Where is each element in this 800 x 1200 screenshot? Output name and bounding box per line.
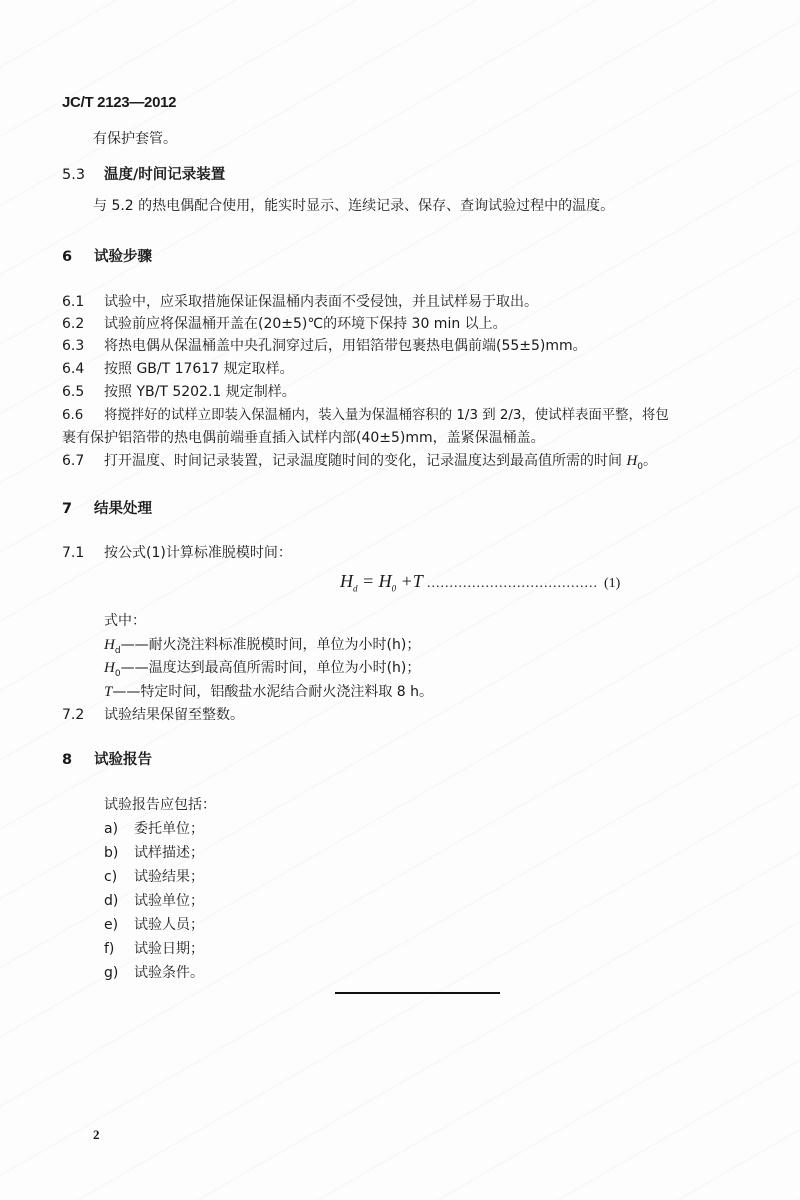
standard-code: JC/T 2123—2012 — [62, 94, 176, 111]
clause-number: 6.7 — [62, 453, 104, 469]
section-title: 试验步骤 — [94, 249, 152, 265]
item-text: 试验人员； — [134, 917, 204, 933]
clause-7-2: 7.2试验结果保留至整数。 — [62, 704, 244, 724]
report-item-e: e)试验人员； — [104, 914, 204, 934]
section-number: 5.3 — [62, 167, 104, 183]
section-5-3-heading: 5.3温度/时间记录装置 — [62, 163, 225, 184]
formula-rhs2: +T — [396, 571, 427, 591]
section-number: 8 — [62, 752, 94, 768]
section-7-heading: 7结果处理 — [62, 497, 152, 518]
continued-text: 有保护套管。 — [93, 128, 177, 148]
section-number: 7 — [62, 501, 94, 517]
item-label: f) — [104, 941, 134, 957]
clause-text: 打开温度、时间记录装置，记录温度随时间的变化，记录温度达到最高值所需的时间 — [104, 453, 626, 469]
definition-text: ——耐火浇注料标准脱模时间，单位为小时(h)； — [121, 637, 421, 653]
item-text: 试样描述； — [134, 845, 204, 861]
item-label: d) — [104, 893, 134, 909]
definition-text: ——温度达到最高值所需时间，单位为小时(h)； — [121, 660, 421, 676]
definition-hd: Hd——耐火浇注料标准脱模时间，单位为小时(h)； — [104, 634, 420, 656]
clause-6-3: 6.3将热电偶从保温桶盖中央孔洞穿过后，用铝箔带包裹热电偶前端(55±5)mm。 — [62, 335, 587, 355]
section-title: 温度/时间记录装置 — [104, 167, 225, 183]
report-item-c: c)试验结果； — [104, 866, 204, 886]
item-label: e) — [104, 917, 134, 933]
clause-text: 试验结果保留至整数。 — [104, 707, 244, 723]
item-text: 试验日期； — [134, 941, 204, 957]
clause-6-6: 6.6将搅拌好的试样立即装入保温桶内，装入量为保温桶容积的 1/3 到 2/3，… — [62, 404, 669, 423]
formula-lhs: H — [340, 571, 353, 591]
clause-number: 7.1 — [62, 545, 104, 561]
clause-number: 6.5 — [62, 384, 104, 400]
clause-6-4: 6.4按照 GB/T 17617 规定取样。 — [62, 358, 294, 378]
clause-6-1: 6.1试验中，应采取措施保证保温桶内表面不受侵蚀，并且试样易于取出。 — [62, 291, 538, 311]
item-label: g) — [104, 965, 134, 981]
clause-6-2: 6.2试验前应将保温桶开盖在(20±5)℃的环境下保持 30 min 以上。 — [62, 313, 507, 333]
clause-text: 按照 YB/T 5202.1 规定制样。 — [104, 384, 296, 400]
item-label: c) — [104, 869, 134, 885]
equation-number: (1) — [604, 576, 620, 591]
section-title: 试验报告 — [94, 752, 152, 768]
clause-number: 6.4 — [62, 361, 104, 377]
report-item-g: g)试验条件。 — [104, 962, 204, 982]
item-text: 委托单位； — [134, 821, 204, 837]
report-item-a: a)委托单位； — [104, 818, 204, 838]
where-label: 式中： — [104, 610, 146, 630]
symbol-h: H — [626, 453, 637, 469]
report-item-d: d)试验单位； — [104, 890, 204, 910]
clause-6-5: 6.5按照 YB/T 5202.1 规定制样。 — [62, 381, 296, 401]
formula-equals: = — [358, 571, 379, 591]
section-5-3-text: 与 5.2 的热电偶配合使用，能实时显示、连续记录、保存、查询试验过程中的温度。 — [93, 195, 614, 215]
clause-6-7: 6.7打开温度、时间记录装置，记录温度随时间的变化，记录温度达到最高值所需的时间… — [62, 450, 657, 472]
section-6-heading: 6试验步骤 — [62, 245, 152, 266]
definition-text: ——特定时间，铝酸盐水泥结合耐火浇注料取 8 h。 — [112, 684, 433, 700]
clause-number: 7.2 — [62, 707, 104, 723]
clause-number: 6.6 — [62, 408, 104, 423]
clause-text: 将搅拌好的试样立即装入保温桶内，装入量为保温桶容积的 1/3 到 2/3，使试样… — [104, 408, 669, 423]
page-number: 2 — [93, 1127, 100, 1143]
clause-text: 按公式(1)计算标准脱模时间： — [104, 545, 292, 561]
clause-text: 按照 GB/T 17617 规定取样。 — [104, 361, 294, 377]
item-text: 试验单位； — [134, 893, 204, 909]
clause-text: 试验前应将保温桶开盖在(20±5)℃的环境下保持 30 min 以上。 — [104, 316, 507, 332]
clause-number: 6.1 — [62, 294, 104, 310]
section-8-heading: 8试验报告 — [62, 748, 152, 769]
clause-text: 将热电偶从保温桶盖中央孔洞穿过后，用铝箔带包裹热电偶前端(55±5)mm。 — [104, 338, 587, 354]
formula-leader-dots: ...................................... — [427, 576, 598, 591]
clause-6-6-continued: 裹有保护铝箔带的热电偶前端垂直插入试样内部(40±5)mm，盖紧保温桶盖。 — [62, 427, 545, 447]
formula-1: Hd = H0 +T .............................… — [340, 571, 620, 594]
item-label: a) — [104, 821, 134, 837]
clause-7-1: 7.1按公式(1)计算标准脱模时间： — [62, 542, 292, 562]
clause-number: 6.2 — [62, 316, 104, 332]
clause-end: 。 — [643, 453, 657, 469]
item-text: 试验条件。 — [134, 965, 204, 981]
report-intro: 试验报告应包括： — [104, 794, 216, 814]
formula-rhs1: H — [379, 571, 392, 591]
clause-number: 6.3 — [62, 338, 104, 354]
section-number: 6 — [62, 249, 94, 265]
definition-t: T——特定时间，铝酸盐水泥结合耐火浇注料取 8 h。 — [104, 681, 433, 701]
report-item-b: b)试样描述； — [104, 842, 204, 862]
item-label: b) — [104, 845, 134, 861]
end-of-document-rule — [335, 992, 500, 994]
symbol: H — [104, 637, 115, 653]
report-item-f: f)试验日期； — [104, 938, 204, 958]
item-text: 试验结果； — [134, 869, 204, 885]
clause-text: 试验中，应采取措施保证保温桶内表面不受侵蚀，并且试样易于取出。 — [104, 294, 538, 310]
symbol: H — [104, 660, 115, 676]
section-title: 结果处理 — [94, 501, 152, 517]
definition-h0: H0——温度达到最高值所需时间，单位为小时(h)； — [104, 657, 420, 679]
